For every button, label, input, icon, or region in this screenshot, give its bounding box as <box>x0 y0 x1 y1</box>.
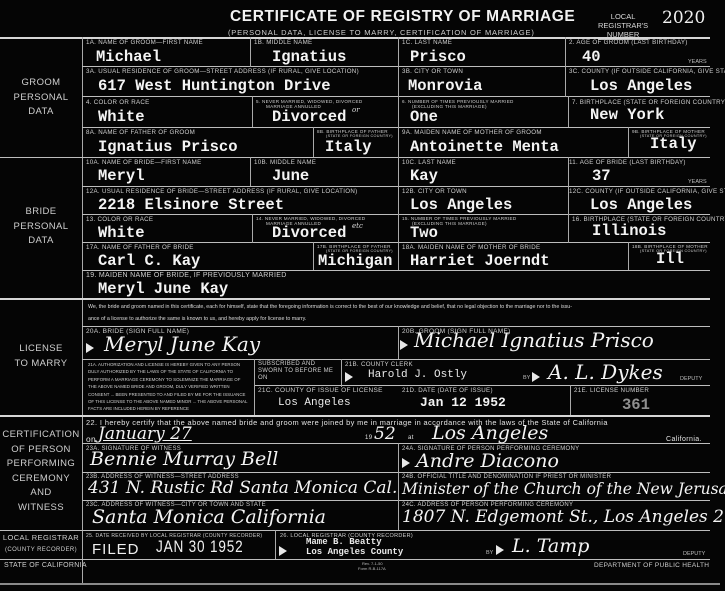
license-statement-2: ance of a license to authorize the same … <box>88 316 306 322</box>
divider <box>82 270 710 271</box>
certificate-title: CERTIFICATE OF REGISTRY OF MARRIAGE <box>230 8 575 26</box>
license-number: 361 <box>622 396 650 414</box>
groom-father: Ignatius Prisco <box>98 138 238 156</box>
bride-father-label: 17a. NAME OF FATHER OF BRIDE <box>86 244 194 251</box>
section-label-line: LOCAL REGISTRAR <box>0 532 82 544</box>
bride-age-label: 11. AGE OF BRIDE (LAST BIRTHDAY) <box>569 159 686 166</box>
divider <box>82 326 710 327</box>
divider <box>252 214 253 243</box>
bride-residence: 2218 Elsinore Street <box>98 196 284 214</box>
bride-mother: Harriet Joerndt <box>410 252 550 270</box>
groom-middle-name: Ignatius <box>272 48 346 66</box>
section-label-line: CEREMONY <box>0 472 82 487</box>
divider <box>570 385 571 415</box>
divider <box>252 96 253 127</box>
registrar-number-label: LOCAL REGISTRAR'S NUMBER <box>598 12 648 40</box>
bride-age: 37 <box>592 167 611 185</box>
bride-last-name: Kay <box>410 167 438 185</box>
footer-department: DEPARTMENT OF PUBLIC HEALTH <box>594 562 709 569</box>
bride-marital-note: etc <box>352 222 363 230</box>
groom-mother-label: 9a. MAIDEN NAME OF MOTHER OF GROOM <box>402 129 542 136</box>
groom-age-unit: YEARS <box>688 59 707 65</box>
registrar-number: 2020 <box>662 8 705 28</box>
section-label-bride: BRIDE PERSONAL DATA <box>0 205 82 249</box>
groom-signature: Michael Ignatius Prisco <box>414 328 654 352</box>
sign-here-arrow-icon <box>496 545 504 555</box>
witness-signature: Bennie Murray Bell <box>90 448 278 470</box>
form-code: Form R-B-117A <box>358 566 386 571</box>
bride-mother-label: 18a. MAIDEN NAME OF MOTHER OF BRIDE <box>402 244 540 251</box>
groom-middle-name-label: 1b. MIDDLE NAME <box>254 39 312 46</box>
groom-county: Los Angeles <box>590 77 692 95</box>
license-statement: We, the bride and groom named in this ce… <box>88 304 572 310</box>
divider <box>254 359 255 415</box>
divider <box>0 559 710 560</box>
divider <box>398 214 399 270</box>
divider <box>568 157 569 243</box>
registrar-name: Mame B. Beatty <box>306 537 382 547</box>
bride-age-unit: YEARS <box>688 179 707 185</box>
section-label-line: BRIDE <box>0 205 82 220</box>
divider <box>82 186 710 187</box>
by-label: BY <box>523 375 530 381</box>
registrar-label-line: LOCAL <box>598 12 648 21</box>
divider <box>398 37 399 97</box>
sign-here-arrow-icon <box>402 458 410 468</box>
section-label-line: WITNESS <box>0 501 82 516</box>
groom-last-name-label: 1c. LAST NAME <box>402 39 452 46</box>
divider <box>250 157 251 186</box>
marriage-year: 52 <box>374 424 396 444</box>
divider <box>565 37 566 97</box>
filed-label: FILED <box>92 541 140 558</box>
divider <box>398 443 399 530</box>
bride-race: White <box>98 224 145 242</box>
license-number-label: 21e. LICENSE NUMBER <box>574 387 649 394</box>
bride-middle-name-label: 10b. MIDDLE NAME <box>254 159 316 166</box>
groom-marital-note: or <box>352 106 360 114</box>
divider <box>250 37 251 67</box>
divider <box>275 530 276 559</box>
sworn-label: SUBSCRIBED AND SWORN TO BEFORE ME ON <box>258 361 338 382</box>
groom-birthplace-label: 7. BIRTHPLACE (STATE OR FOREIGN COUNTRY) <box>572 99 725 106</box>
section-label-registrar: LOCAL REGISTRAR (COUNTY RECORDER) <box>0 532 82 556</box>
bride-residence-label: 12a. USUAL RESIDENCE OF BRIDE—STREET ADD… <box>86 188 358 195</box>
groom-county-label: 3c. COUNTY (IF OUTSIDE CALIFORNIA, GIVE … <box>569 68 725 75</box>
registrar-deputy-label: DEPUTY <box>683 551 705 557</box>
sign-here-arrow-icon <box>279 546 287 556</box>
marriage-place: Los Angeles <box>432 422 548 444</box>
divider <box>568 96 569 127</box>
divider <box>82 242 710 243</box>
divider <box>82 66 710 67</box>
bride-county: Los Angeles <box>590 196 692 214</box>
bride-first-name-label: 10a. NAME OF BRIDE—FIRST NAME <box>86 159 202 166</box>
bottom-edge <box>0 583 720 585</box>
sign-here-arrow-icon <box>345 372 353 382</box>
performer-signature: Andre Diacono <box>416 450 559 472</box>
section-label-line: TO MARRY <box>0 357 82 372</box>
divider <box>341 359 342 387</box>
section-label-line: PERSONAL <box>0 91 82 106</box>
sign-here-arrow-icon <box>532 372 540 382</box>
county-clerk-label: 21b. COUNTY CLERK <box>345 361 413 368</box>
county-issue: Los Angeles <box>278 397 351 409</box>
at-label: at <box>408 435 414 441</box>
divider <box>0 298 710 300</box>
divider <box>0 530 710 531</box>
section-label-line: LICENSE <box>0 342 82 357</box>
divider <box>398 96 399 157</box>
deputy-clerk-signature: A. L. Dykes <box>548 360 663 384</box>
bride-times-married: Two <box>410 224 438 242</box>
divider <box>313 127 314 157</box>
bride-signature: Meryl June Kay <box>104 332 260 356</box>
groom-age: 40 <box>582 48 601 66</box>
witness-street: 431 N. Rustic Rd Santa Monica Cal. <box>88 478 397 498</box>
bride-middle-name: June <box>272 167 309 185</box>
bride-father-birthplace: Michigan <box>318 252 392 270</box>
county-issue-label: 21c. COUNTY OF ISSUE OF LICENSE <box>258 387 383 394</box>
section-label-line: DATA <box>0 105 82 120</box>
performer-address: 1807 N. Edgemont St., Los Angeles 27 <box>402 507 725 527</box>
bride-maiden-name-label: 19. MAIDEN NAME OF BRIDE, IF PREVIOUSLY … <box>86 272 287 279</box>
groom-father-label: 8a. NAME OF FATHER OF GROOM <box>86 129 195 136</box>
groom-father-birthplace: Italy <box>325 138 372 156</box>
divider <box>82 500 710 501</box>
divider <box>82 214 710 215</box>
groom-times-married: One <box>410 108 438 126</box>
section-label-line: PERFORMING <box>0 457 82 472</box>
groom-age-label: 2. AGE OF GROOM (LAST BIRTHDAY) <box>569 39 688 46</box>
year-prefix: 19 <box>365 435 372 441</box>
divider <box>313 242 314 270</box>
divider <box>628 127 629 157</box>
sign-here-arrow-icon <box>400 340 408 350</box>
by-label: BY <box>486 550 493 556</box>
bride-city: Los Angeles <box>410 196 512 214</box>
divider <box>0 415 710 417</box>
county-clerk-name: Harold J. Ostly <box>368 369 467 381</box>
groom-mother-birthplace: Italy <box>650 135 697 153</box>
groom-race: White <box>98 108 145 126</box>
section-label-line: (COUNTY RECORDER) <box>0 544 82 556</box>
on-label: on <box>86 434 96 444</box>
license-date-label: 21d. DATE (DATE OF ISSUE) <box>402 387 493 394</box>
divider <box>254 385 710 386</box>
witness-city: Santa Monica California <box>92 506 326 528</box>
section-label-certification: CERTIFICATION OF PERSON PERFORMING CEREM… <box>0 428 82 515</box>
registrar-label-line: REGISTRAR'S <box>598 21 648 30</box>
groom-birthplace: New York <box>590 106 664 124</box>
footer-state: STATE OF CALIFORNIA <box>4 562 87 569</box>
license-authorization-text: 21a. AUTHORIZATION AND LICENSE IS HEREBY… <box>88 361 248 413</box>
bride-birthplace: Illinois <box>592 222 666 240</box>
section-label-line: PERSONAL <box>0 220 82 235</box>
groom-residence: 617 West Huntington Drive <box>98 77 331 95</box>
certificate-subtitle: (PERSONAL DATA, LICENSE TO MARRY, CERTIF… <box>228 28 535 37</box>
bride-maiden-name: Meryl June Kay <box>98 280 228 298</box>
bride-first-name: Meryl <box>98 167 145 185</box>
performer-title: Minister of the Church of the New Jerusa… <box>402 480 725 498</box>
divider <box>82 96 710 97</box>
section-label-line: CERTIFICATION <box>0 428 82 443</box>
bride-father: Carl C. Kay <box>98 252 200 270</box>
bride-race-label: 13. COLOR OR RACE <box>86 216 153 223</box>
groom-mother: Antoinette Menta <box>410 138 559 156</box>
groom-first-name: Michael <box>96 48 161 66</box>
divider <box>82 472 710 473</box>
section-label-groom: GROOM PERSONAL DATA <box>0 76 82 120</box>
groom-last-name: Prisco <box>410 48 466 66</box>
section-label-line: GROOM <box>0 76 82 91</box>
bride-marital-status: Divorced <box>272 224 346 242</box>
groom-city-label: 3b. CITY OR TOWN <box>402 68 463 75</box>
groom-residence-label: 3a. USUAL RESIDENCE OF GROOM—STREET ADDR… <box>86 68 359 75</box>
bride-county-label: 12c. COUNTY (IF OUTSIDE CALIFORNIA, GIVE… <box>569 188 725 195</box>
section-divider <box>82 37 83 585</box>
groom-race-label: 4. COLOR OR RACE <box>86 99 150 106</box>
groom-first-name-label: 1a. NAME OF GROOM—FIRST NAME <box>86 39 203 46</box>
divider <box>398 157 399 214</box>
section-label-line: AND <box>0 486 82 501</box>
bride-mother-birthplace: Ill <box>656 250 684 268</box>
groom-city: Monrovia <box>408 77 482 95</box>
divider <box>82 127 710 128</box>
registrar-deputy-signature: L. Tamp <box>512 535 589 557</box>
section-label-line: DATA <box>0 234 82 249</box>
groom-marital-status: Divorced <box>272 108 346 126</box>
registrar-county: Los Angeles County <box>306 547 403 557</box>
license-date: Jan 12 1952 <box>420 395 506 410</box>
divider <box>628 242 629 270</box>
section-label-license: LICENSE TO MARRY <box>0 342 82 371</box>
sign-here-arrow-icon <box>86 343 94 353</box>
bride-city-label: 12b. CITY OR TOWN <box>402 188 467 195</box>
divider <box>0 157 710 158</box>
bride-last-name-label: 10c. LAST NAME <box>402 159 456 166</box>
section-label-line: OF PERSON <box>0 443 82 458</box>
divider <box>398 326 399 359</box>
state-suffix: California. <box>666 436 702 443</box>
deputy-label: DEPUTY <box>680 376 702 382</box>
filed-date-stamp: JAN 30 1952 <box>156 537 243 557</box>
marriage-date: January 27 <box>98 424 192 444</box>
